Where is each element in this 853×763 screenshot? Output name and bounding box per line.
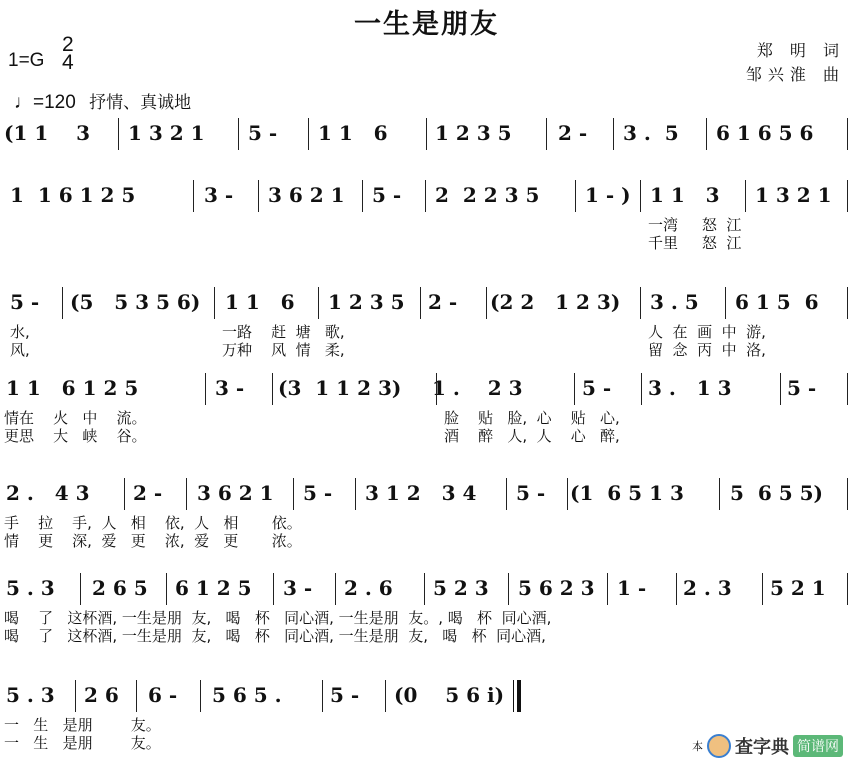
barline: [546, 118, 547, 150]
measure: 5 6 5 .: [212, 680, 282, 714]
barline: [193, 180, 194, 212]
measure: 2 -: [428, 287, 457, 321]
barline: [308, 118, 309, 150]
key-signature: 1=G: [8, 50, 44, 72]
barline: [293, 478, 294, 510]
barline: [80, 573, 81, 605]
barline: [847, 573, 848, 605]
measure: 1 1 3: [650, 180, 720, 214]
barline: [238, 118, 239, 150]
time-sig-bottom: 4: [62, 54, 74, 72]
measure: 3 -: [204, 180, 233, 214]
score-row: 5 . 32 66 -5 6 5 .5 -(0 5 6 i)一 生 是朋 友。一…: [0, 680, 853, 720]
measure: (1 6 5 1 3: [570, 478, 684, 512]
final-barline: [513, 680, 523, 712]
barline: [847, 118, 848, 150]
measure: 5 -: [330, 680, 359, 714]
lyric-verse-2: 更思 大 峡 谷。: [4, 425, 146, 446]
measure: 1 2 3 5: [435, 118, 512, 152]
lyric-verse-2: 酒 醉 人, 人 心 醉,: [444, 425, 620, 446]
barline: [258, 180, 259, 212]
barline: [186, 478, 187, 510]
measure: 2 . 6: [344, 573, 393, 607]
measure: 1 1 6: [318, 118, 388, 152]
barline: [506, 478, 507, 510]
barline: [205, 373, 206, 405]
measure: 3 1 2 3 4: [365, 478, 476, 512]
barline: [508, 573, 509, 605]
measure: (3 1 1 2 3): [278, 373, 401, 407]
lyricist-credit: 郑 明 词: [757, 38, 845, 61]
measure: 1 1 6 1 2 5: [10, 180, 135, 214]
measure: 2 6 5: [92, 573, 148, 607]
measure: 3 -: [215, 373, 244, 407]
barline: [575, 180, 576, 212]
barline: [335, 573, 336, 605]
mascot-icon: [707, 734, 731, 758]
barline: [607, 573, 608, 605]
barline: [486, 287, 487, 319]
barline: [436, 373, 437, 405]
measure: 1 3 2 1: [128, 118, 205, 152]
measure: 3 . 5: [623, 118, 679, 152]
barline: [725, 287, 726, 319]
barline: [780, 373, 781, 405]
measure: 3 . 5: [650, 287, 699, 321]
measure: 1 2 3 5: [328, 287, 405, 321]
barline: [426, 118, 427, 150]
measure: 6 1 2 5: [175, 573, 252, 607]
barline: [355, 478, 356, 510]
measure: 5 -: [516, 478, 545, 512]
barline: [640, 180, 641, 212]
lyric-verse-2: 喝 了 这杯酒, 一生是朋 友, 喝 杯 同心酒, 一生是朋 友, 喝 杯 同心…: [4, 625, 546, 646]
barline: [75, 680, 76, 712]
measure: (0 5 6 i): [394, 680, 504, 714]
barline: [214, 287, 215, 319]
barline: [318, 287, 319, 319]
measure: (5 5 3 5 6): [70, 287, 200, 321]
measure: 1 3 2 1: [755, 180, 832, 214]
measure: 2 -: [133, 478, 162, 512]
measure: 5 -: [582, 373, 611, 407]
score-row: 1 1 6 1 2 53 -3 6 2 15 -2 2 2 3 51 - )1 …: [0, 180, 853, 220]
watermark-site: 查字典: [735, 733, 789, 759]
measure: 2 6: [84, 680, 119, 714]
score-row: 2 . 4 32 -3 6 2 15 -3 1 2 3 45 -(1 6 5 1…: [0, 478, 853, 518]
barline: [574, 373, 575, 405]
barline: [322, 680, 323, 712]
measure: 2 -: [558, 118, 587, 152]
tempo: ♩=120: [14, 92, 76, 113]
lyric-verse-2: 留 念 丙 中 洛,: [648, 339, 766, 360]
barline: [641, 373, 642, 405]
measure: 3 6 2 1: [268, 180, 345, 214]
measure: 3 6 2 1: [197, 478, 274, 512]
score-row: (1 1 31 3 2 15 -1 1 61 2 3 52 -3 . 56 1 …: [0, 118, 853, 158]
barline: [847, 180, 848, 212]
score-row: 1 1 6 1 2 53 -(3 1 1 2 3)1 . 2 35 -3 . 1…: [0, 373, 853, 413]
barline: [136, 680, 137, 712]
barline: [676, 573, 677, 605]
score-row: 5 . 32 6 56 1 2 53 -2 . 65 2 35 6 2 31 -…: [0, 573, 853, 613]
barline: [118, 118, 119, 150]
lyric-verse-2: 一 生 是朋 友。: [4, 732, 161, 753]
score-row: 5 -(5 5 3 5 6)1 1 61 2 3 52 -(2 2 1 2 3)…: [0, 287, 853, 327]
barline: [424, 573, 425, 605]
barline: [385, 680, 386, 712]
measure: 5 6 5 5): [730, 478, 823, 512]
watermark-tag: 简谱网: [793, 735, 843, 757]
barline: [420, 287, 421, 319]
measure: 5 -: [372, 180, 401, 214]
measure: 6 1 6 5 6: [716, 118, 813, 152]
composer-credit: 邹兴淮 曲: [746, 62, 845, 85]
measure: (2 2 1 2 3): [490, 287, 620, 321]
barline: [745, 180, 746, 212]
measure: 5 6 2 3: [518, 573, 595, 607]
barline: [272, 373, 273, 405]
barline: [166, 573, 167, 605]
measure: 1 - ): [585, 180, 631, 214]
measure: 2 . 4 3: [6, 478, 90, 512]
barline: [124, 478, 125, 510]
measure: (1 1 3: [4, 118, 90, 152]
measure: 5 2 3: [433, 573, 489, 607]
tempo-marking: ♩=120 抒情、真诚地: [14, 88, 191, 114]
barline: [706, 118, 707, 150]
lyric-verse-2: 风,: [10, 339, 30, 360]
barline: [847, 373, 848, 405]
measure: 5 . 3: [6, 573, 55, 607]
song-title: 一生是朋友: [0, 2, 853, 41]
barline: [762, 573, 763, 605]
measure: 5 -: [787, 373, 816, 407]
measure: 2 2 2 3 5: [435, 180, 539, 214]
measure: 5 . 3: [6, 680, 55, 714]
measure: 5 2 1: [770, 573, 826, 607]
lyric-verse-2: 情 更 深, 爱 更 浓, 爱 更 浓。: [4, 530, 302, 551]
measure: 1 1 6 1 2 5: [6, 373, 138, 407]
measure: 5 -: [10, 287, 39, 321]
barline: [200, 680, 201, 712]
measure: 5 -: [248, 118, 277, 152]
measure: 5 -: [303, 478, 332, 512]
measure: 3 . 1 3: [648, 373, 732, 407]
measure: 1 1 6: [225, 287, 295, 321]
barline: [719, 478, 720, 510]
measure: 3 -: [283, 573, 312, 607]
lyric-verse-2: 万种 风 情 柔,: [222, 339, 345, 360]
watermark-prefix: 本: [692, 738, 703, 754]
measure: 6 1 5 6: [735, 287, 819, 321]
barline: [640, 287, 641, 319]
barline: [62, 287, 63, 319]
barline: [847, 478, 848, 510]
watermark-logo[interactable]: 本 查字典 简谱网: [692, 733, 843, 759]
measure: 1 -: [617, 573, 646, 607]
time-signature: 2 4: [62, 36, 74, 72]
barline: [847, 287, 848, 319]
key-label: 1=G: [8, 50, 44, 71]
measure: 1 . 2 3: [432, 373, 523, 407]
barline: [567, 478, 568, 510]
barline: [613, 118, 614, 150]
measure: 2 . 3: [683, 573, 732, 607]
measure: 6 -: [148, 680, 177, 714]
barline: [425, 180, 426, 212]
lyric-verse-2: 千里 怒 江: [648, 232, 741, 253]
expression-marking: 抒情、真诚地: [89, 93, 191, 113]
barline: [362, 180, 363, 212]
barline: [273, 573, 274, 605]
